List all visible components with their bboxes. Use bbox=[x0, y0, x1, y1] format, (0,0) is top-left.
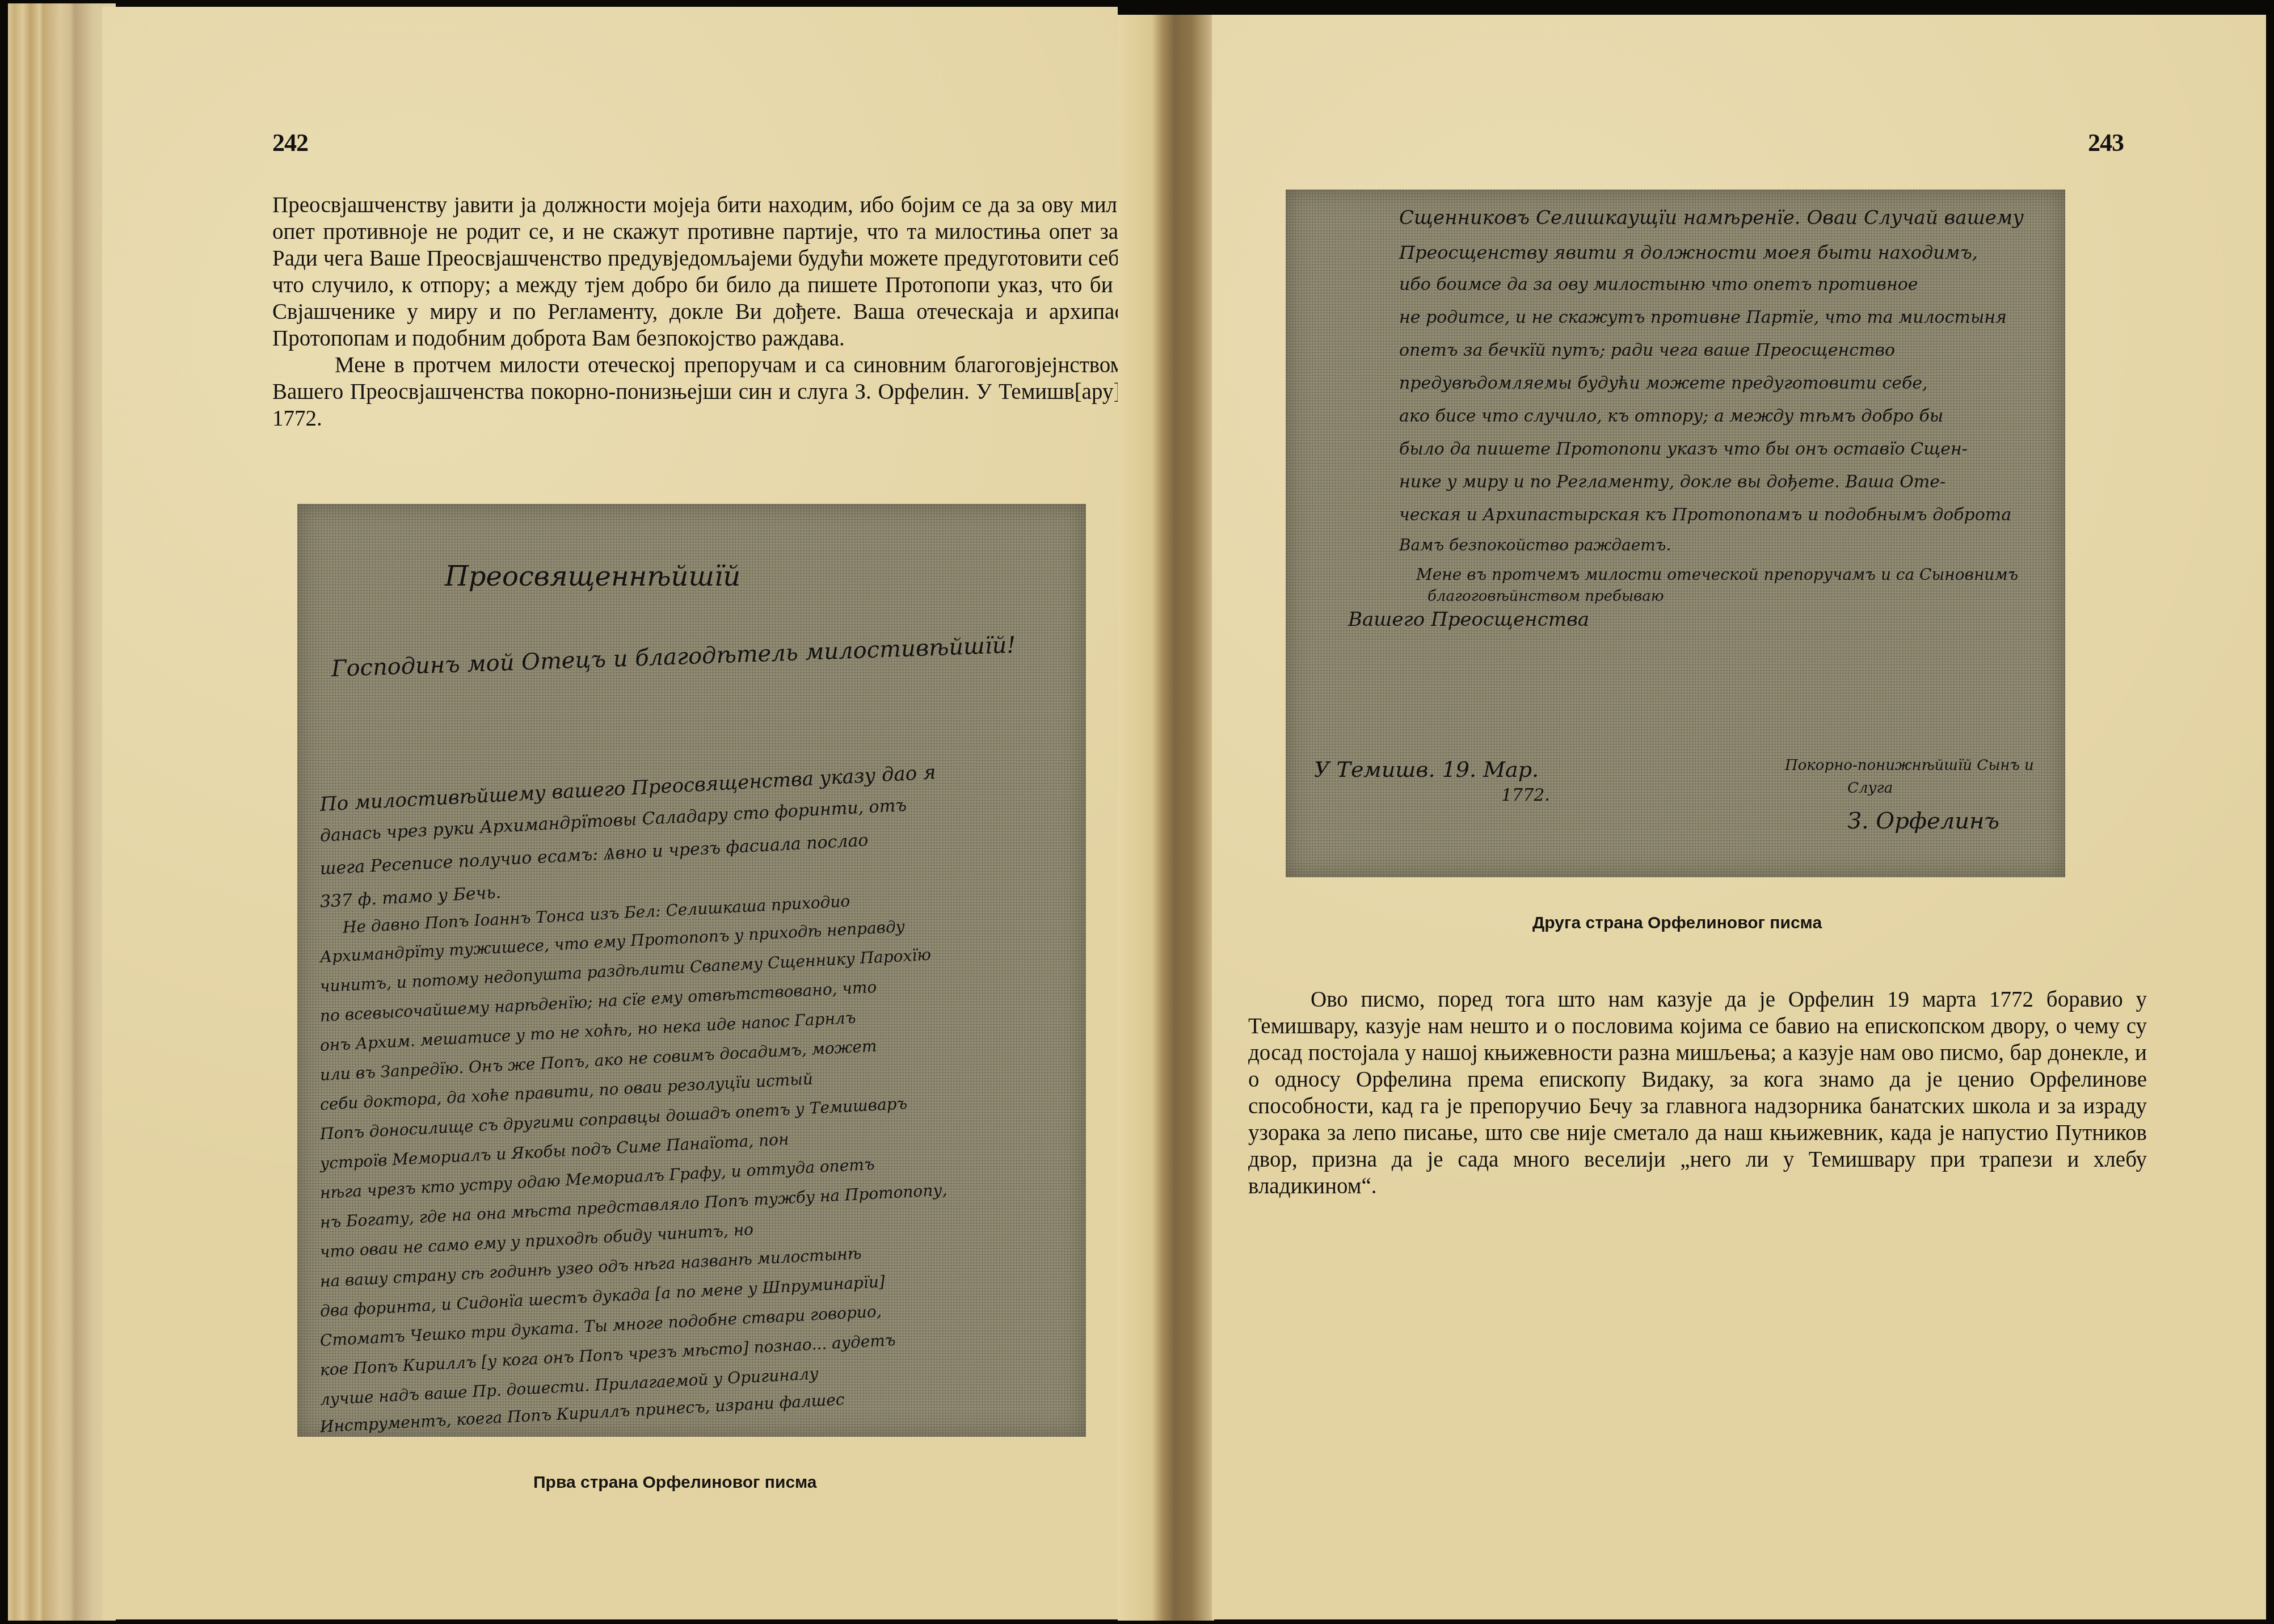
handwriting-line: ибо боимсе да за ову милостыню что опетъ… bbox=[1399, 275, 1918, 294]
handwriting-line: Вашего Преосщенства bbox=[1348, 608, 1589, 631]
handwriting-line: нике у миру и по Регламенту, докле вы до… bbox=[1399, 472, 1945, 492]
handwriting-line: Господинъ мой Отецъ и благодѣтель милост… bbox=[331, 632, 1016, 682]
letter-year: 1772. bbox=[1501, 785, 1550, 805]
handwriting-line: опетъ за бечкїй путъ; ради чега ваше Пре… bbox=[1399, 340, 1895, 360]
page-edges-stack bbox=[8, 3, 116, 1621]
handwriting-line: Сщенниковъ Селишкаущїи намѣренїе. Оваи С… bbox=[1399, 207, 2024, 229]
handwriting-line: Мене въ протчемъ милости отеческой препо… bbox=[1416, 565, 2018, 584]
paragraph: Мене в протчем милости отеческој препору… bbox=[272, 352, 1226, 432]
letter-closing: Покорно-понижнѣйшїй Сынъ и bbox=[1785, 757, 2034, 774]
handwriting-line: благоговѣйнством пребываю bbox=[1427, 588, 1664, 605]
right-page: 243 Сщенниковъ Селишкаущїи намѣренїе. Ов… bbox=[1212, 15, 2266, 1619]
book-spread: 242 Преосвјашченству јавити ја должности… bbox=[0, 0, 2274, 1624]
figure-caption-second-page: Друга страна Орфелиновог писма bbox=[1532, 914, 1822, 933]
page-number-right: 243 bbox=[2088, 128, 2124, 157]
handwriting-line: Вамъ безпокойство раждаетъ. bbox=[1399, 536, 1671, 554]
handwriting-line: было да пишете Протопопи указъ что бы он… bbox=[1399, 439, 1968, 459]
letter-closing-servant: Слуга bbox=[1847, 780, 1893, 797]
handwriting-line: ако бисе что случило, къ отпору; а между… bbox=[1399, 406, 1943, 426]
handwriting-line: не родитсе, и не скажутъ противне Партїе… bbox=[1399, 308, 2007, 327]
manuscript-image-second-page: Сщенниковъ Селишкаущїи намѣренїе. Оваи С… bbox=[1286, 190, 2065, 877]
letter-place-date: У Темишв. 19. Мар. bbox=[1314, 757, 1539, 782]
handwriting-line: предувѣдомляемы будући можете предуготов… bbox=[1399, 373, 1928, 393]
left-body-text: Преосвјашченству јавити ја должности мој… bbox=[272, 192, 1226, 432]
figure-caption-first-page: Прва страна Орфелиновог писма bbox=[533, 1473, 817, 1492]
paragraph: Преосвјашченству јавити ја должности мој… bbox=[272, 192, 1226, 352]
paragraph: Ово писмо, поред тога што нам казује да … bbox=[1248, 986, 2147, 1200]
page-number-left: 242 bbox=[272, 128, 308, 157]
handwriting-line: Преосщенству явити я должности моея быти… bbox=[1399, 242, 1978, 263]
left-page: 242 Преосвјашченству јавити ја должности… bbox=[102, 7, 1118, 1619]
handwriting-line: ческая и Архипастырская къ Протопопамъ и… bbox=[1399, 505, 2011, 525]
manuscript-image-first-page: Преосвященнѣйшїй Господинъ мой Отецъ и б… bbox=[297, 504, 1086, 1437]
signature: З. Орфелинъ bbox=[1847, 808, 1999, 834]
right-body-text: Ово писмо, поред тога што нам казује да … bbox=[1248, 986, 2147, 1200]
book-gutter bbox=[1118, 15, 1214, 1621]
handwriting-line: Преосвященнѣйшїй bbox=[445, 561, 740, 592]
handwriting-line: 337 ф. тамо у Бечь. bbox=[319, 882, 502, 912]
